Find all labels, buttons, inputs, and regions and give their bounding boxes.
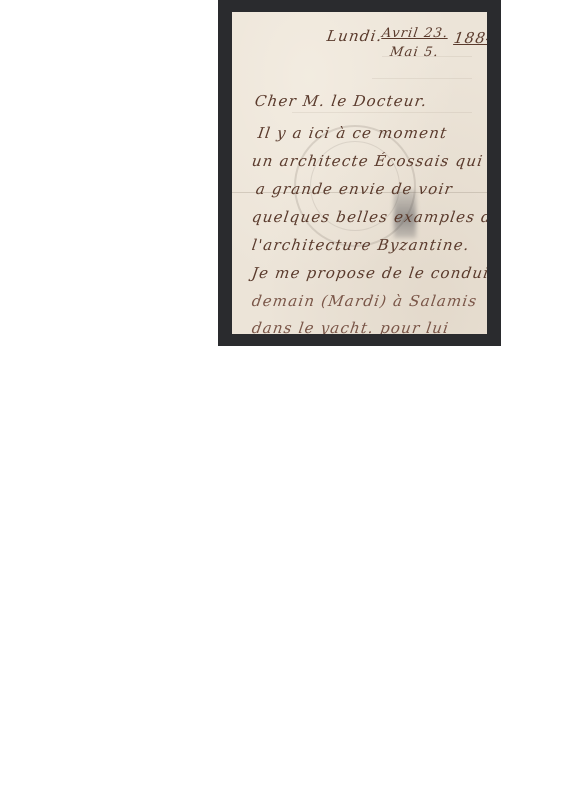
body-line: l'architecture Byzantine. (251, 236, 471, 254)
letter-date-first: Avril 23. (381, 26, 449, 41)
body-line: demain (Mardi) à Salamis (251, 292, 479, 310)
letter-paper: Lundi. Avril 23. Mai 5. 1884. Cher M. le… (232, 12, 487, 334)
body-line: un architecte Écossais qui (251, 152, 485, 170)
bleed-through-line (372, 78, 472, 79)
body-line: a grande envie de voir (255, 180, 454, 198)
body-line: Il y a ici à ce moment (257, 124, 449, 142)
body-line: dans le yacht. pour lui (251, 319, 451, 334)
letter-date-second: Mai 5. (389, 45, 440, 60)
letter-year: 1884. (453, 29, 487, 47)
bleed-through-line (292, 112, 472, 113)
scan-frame: Lundi. Avril 23. Mai 5. 1884. Cher M. le… (218, 0, 501, 346)
body-line: quelques belles examples de (251, 208, 487, 226)
body-line: Je me propose de le conduire (251, 264, 487, 282)
letter-day: Lundi. (326, 27, 384, 45)
letter-salutation: Cher M. le Docteur. (254, 92, 429, 110)
